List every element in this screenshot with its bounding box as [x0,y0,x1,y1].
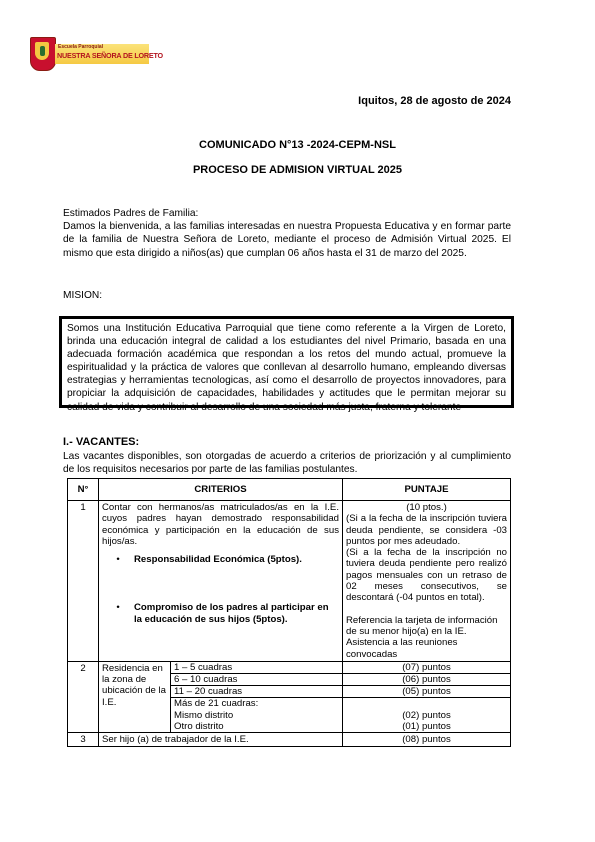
table-row: 2 Residencia en la zona de ubicación de … [68,661,511,732]
criterio-cell: Residencia en la zona de ubicación de la… [99,661,343,732]
document-subtitle: PROCESO DE ADMISION VIRTUAL 2025 [0,164,595,176]
vacantes-heading: I.- VACANTES: [63,436,139,448]
row-number: 3 [68,733,99,747]
date-line: Iquitos, 28 de agosto de 2024 [358,95,511,107]
school-logo: Escuela Parroquial NUESTRA SEÑORA DE LOR… [30,37,150,69]
criterio-cell: Ser hijo (a) de trabajador de la I.E. [99,733,343,747]
vacantes-paragraph: Las vacantes disponibles, son otorgadas … [63,450,511,476]
bullet-icon: • [102,554,134,565]
header-criterios: CRITERIOS [99,479,343,501]
puntaje-cell: (10 ptos.) (Si a la fecha de la inscripc… [343,501,511,662]
mision-box: Somos una Institución Educativa Parroqui… [59,316,514,408]
logo-small-text: Escuela Parroquial [58,44,103,50]
row-number: 1 [68,501,99,662]
row-number: 2 [68,661,99,732]
document-title: COMUNICADO N°13 -2024-CEPM-NSL [0,139,595,151]
intro-section: Estimados Padres de Familia: Damos la bi… [63,207,511,260]
school-crest-icon [30,37,56,71]
table-row: 1 Contar con hermanos/as matriculados/as… [68,501,511,662]
header-number: N° [68,479,99,501]
intro-paragraph: Damos la bienvenida, a las familias inte… [63,220,511,260]
criteria-table: N° CRITERIOS PUNTAJE 1 Contar con herman… [67,478,511,747]
puntaje-cell: (07) puntos (06) puntos (05) puntos (02)… [343,661,511,732]
mision-label: MISION: [63,290,102,301]
bullet-icon: • [102,602,134,625]
puntaje-cell: (08) puntos [343,733,511,747]
table-header-row: N° CRITERIOS PUNTAJE [68,479,511,501]
bullet-item: •Compromiso de los padres al participar … [102,602,339,625]
bullet-item: •Responsabilidad Económica (5ptos). [102,554,339,565]
header-puntaje: PUNTAJE [343,479,511,501]
logo-main-text: NUESTRA SEÑORA DE LORETO [57,51,163,60]
criterio-cell: Contar con hermanos/as matriculados/as e… [99,501,343,662]
greeting: Estimados Padres de Familia: [63,207,511,220]
criterio-text: Contar con hermanos/as matriculados/as e… [102,502,339,547]
table-row: 3 Ser hijo (a) de trabajador de la I.E. … [68,733,511,747]
